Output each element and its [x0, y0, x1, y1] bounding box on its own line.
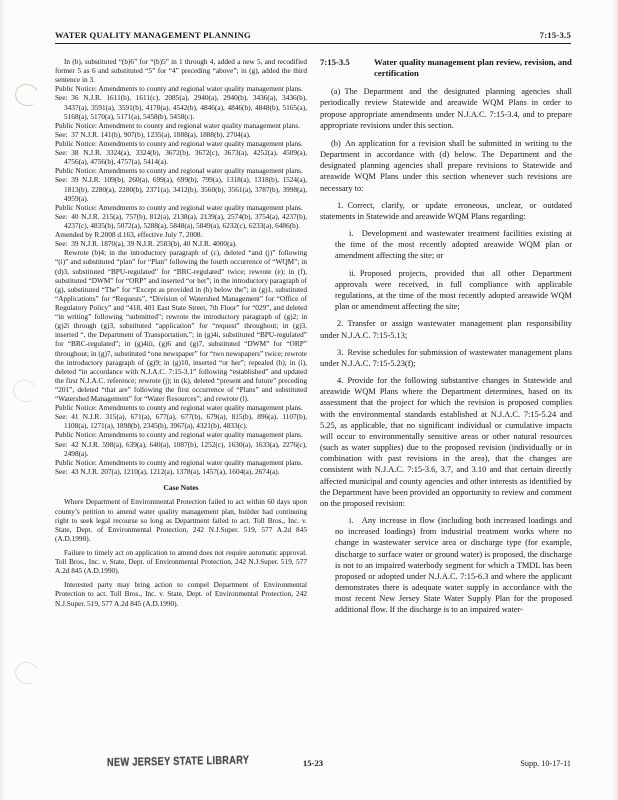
citation-line: See: 39 N.J.R. 109(b), 260(a), 699(a), 6…: [55, 175, 307, 202]
case-note: Failure to timely act on application to …: [55, 548, 307, 575]
public-notice: Public Notice: Amendment to county and r…: [55, 121, 307, 130]
citation-line: See: 41 N.J.R. 315(a), 671(a), 677(a), 6…: [55, 412, 307, 430]
regulation-item-4: 4. Provide for the following substantive…: [320, 375, 572, 509]
regulation-paragraph-a: (a) The Department and the designated pl…: [320, 86, 572, 131]
page-body: In (b), substituted “(b)6” for “(b)5” in…: [55, 57, 572, 616]
regulation-item-1ii: ii. Proposed projects, provided that all…: [335, 268, 572, 313]
case-notes-heading: Case Notes: [55, 483, 307, 492]
case-note: Interested party may bring action to com…: [55, 580, 307, 607]
public-notice: Public Notice: Amendments to county and …: [55, 166, 307, 175]
running-header-section: 7:15-3.5: [540, 30, 571, 40]
right-column: 7:15-3.5 Water quality management plan r…: [320, 57, 572, 616]
citation-line: See: 38 N.J.R. 3324(a), 3324(b), 3672(b)…: [55, 148, 307, 166]
regulation-paragraph-b: (b) An application for a revision shall …: [320, 138, 572, 194]
public-notice: Public Notice: Amendments to county and …: [55, 430, 307, 439]
regulation-item-4i: i. Any increase in flow (including both …: [335, 515, 572, 616]
page-footer: NEW JERSEY STATE LIBRARY 15-23 Supp. 10-…: [55, 756, 571, 772]
public-notice: Public Notice: Amendments to county and …: [55, 458, 307, 467]
binder-ring-mark: [12, 659, 42, 687]
regulation-item-2: 2. Transfer or assign wastewater managem…: [320, 318, 572, 340]
public-notice: Public Notice: Amendments to county and …: [55, 403, 307, 412]
citation-line: See: 39 N.J.R. 1870(a), 39 N.J.R. 2583(b…: [55, 239, 307, 248]
public-notice: Public Notice: Amendments to county and …: [55, 84, 307, 93]
public-notice: Public Notice: Amendments to county and …: [55, 139, 307, 148]
section-heading: 7:15-3.5 Water quality management plan r…: [320, 57, 572, 79]
section-title: Water quality management plan review, re…: [360, 57, 572, 79]
running-header-title: WATER QUALITY MANAGEMENT PLANNING: [55, 30, 251, 40]
amendment-line: Amended by R.2008 d.163, effective July …: [55, 230, 307, 239]
history-note: Rewrote (b)4; in the introductory paragr…: [55, 248, 307, 403]
citation-line: See: 40 N.J.R. 215(a), 757(b), 812(a), 2…: [55, 212, 307, 230]
case-note: Where Department of Environmental Protec…: [55, 497, 307, 543]
section-number: 7:15-3.5: [320, 57, 360, 79]
citation-line: See: 43 N.J.R. 207(a), 1210(a), 1212(a),…: [55, 467, 307, 476]
public-notice: Public Notice: Amendments to county and …: [55, 203, 307, 212]
citation-line: See: 36 N.J.R. 1611(b), 1611(c), 2085(a)…: [55, 93, 307, 120]
regulation-item-3: 3. Revise schedules for submission of wa…: [320, 347, 572, 369]
page-number: 15-23: [55, 758, 571, 768]
regulation-item-1: 1. Correct, clarify, or update erroneous…: [320, 200, 572, 222]
running-header: WATER QUALITY MANAGEMENT PLANNING 7:15-3…: [55, 30, 571, 44]
scan-edge-shadow: [0, 0, 6, 800]
citation-line: See: 42 N.J.R. 598(a), 639(a), 640(a), 1…: [55, 440, 307, 458]
regulation-item-1i: i. Development and wastewater treatment …: [335, 228, 572, 262]
supplement-date: Supp. 10-17-11: [520, 759, 571, 768]
scan-edge-shadow: [612, 0, 618, 800]
citation-line: See: 37 N.J.R. 141(b), 907(b), 1235(a), …: [55, 130, 307, 139]
binder-ring-mark: [10, 377, 40, 405]
left-column: In (b), substituted “(b)6” for “(b)5” in…: [55, 57, 307, 616]
binder-ring-mark: [12, 81, 42, 109]
history-note: In (b), substituted “(b)6” for “(b)5” in…: [55, 57, 307, 84]
